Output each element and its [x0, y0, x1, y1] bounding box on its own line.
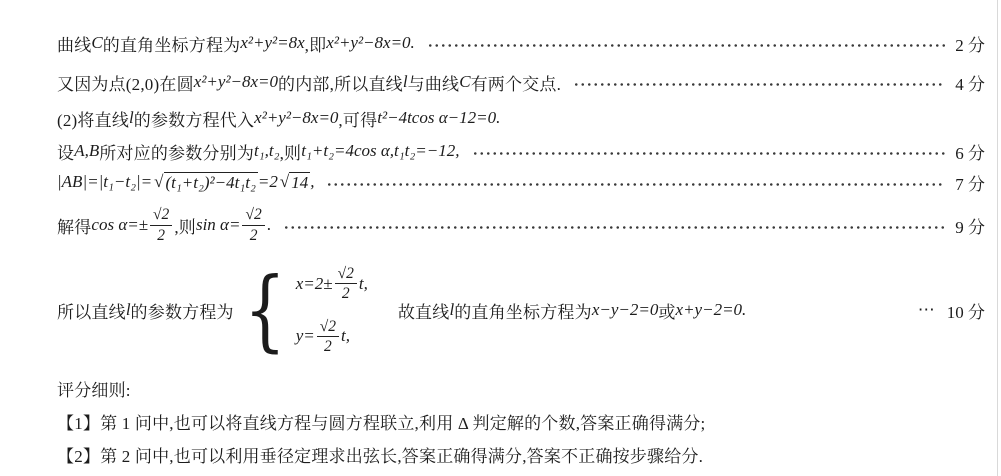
text-run: .: [267, 215, 271, 235]
math-run: x−y−2=0: [592, 300, 659, 320]
math-run: |AB|=|t₁−t₂|=: [57, 172, 152, 192]
text-run: 与曲线: [408, 70, 460, 95]
math-run: t,: [341, 326, 350, 346]
math-run: t₁+t₂=4cos α,t₁t₂=−12,: [301, 141, 459, 161]
math-run: t²−4tcos α−12=0.: [377, 108, 500, 128]
sqrt-sign: √: [152, 172, 163, 192]
text-run: 的参数方程代入: [134, 106, 254, 131]
math-run: x²+y²−8x=0.: [326, 33, 415, 53]
fraction: √2 2: [242, 206, 264, 243]
math-run: x²+y²−8x=0: [254, 108, 338, 128]
text-run: 有两个交点.: [471, 70, 561, 95]
dotted-leader: [573, 81, 945, 88]
math-run: x²+y²−8x=0: [194, 72, 278, 92]
math-run: y=: [296, 326, 315, 346]
text-run: 的直角坐标方程为: [103, 31, 241, 56]
text-run: 又因为点(2,0)在圆: [57, 70, 194, 95]
score-label: 7 分: [955, 170, 985, 195]
math-run: C: [459, 72, 470, 92]
text-run: ,可得: [338, 106, 377, 131]
solution-line-3: (2)将直线 l 的参数方程代入 x²+y²−8x=0 ,可得 t²−4tcos…: [57, 105, 985, 131]
parametric-equation-system: x=2± √2 2 t, y= √2 2 t,: [296, 265, 368, 354]
fraction-numerator: √2: [150, 206, 172, 225]
math-run: x=2±: [296, 274, 333, 294]
text-run: 设: [57, 139, 74, 164]
score-label: 9 分: [955, 213, 985, 238]
text-run: 故直线: [398, 298, 450, 323]
fraction: √2 2: [335, 265, 357, 302]
solution-line-1: 曲线 C 的直角坐标方程为 x²+y²=8x ,即 x²+y²−8x=0. 2 …: [57, 30, 985, 56]
math-run: A,B: [74, 141, 99, 161]
text-run: 或: [658, 298, 675, 323]
sqrt-radicand: (t₁+t₂)²−4t₁t₂: [164, 172, 258, 193]
score-label: 10 分: [947, 298, 985, 323]
text-run: 所以直线: [57, 298, 126, 323]
fraction-denominator: 2: [324, 337, 332, 355]
fraction: √2 2: [317, 318, 339, 355]
math-run: t₁,t₂: [254, 141, 280, 161]
fraction-numerator: √2: [317, 318, 339, 337]
system-left-brace: {: [244, 270, 286, 349]
solution-content: 曲线 C 的直角坐标方程为 x²+y²=8x ,即 x²+y²−8x=0. 2 …: [0, 0, 1001, 467]
sqrt-radicand: 14: [289, 172, 310, 193]
score-label: 6 分: [955, 139, 985, 164]
text-run: ,则: [280, 139, 302, 164]
dotted-leader: [283, 224, 945, 231]
page-right-border: [997, 0, 998, 476]
text-run: ,则: [174, 213, 196, 238]
text-run: 的直角坐标方程为: [454, 298, 592, 323]
solution-line-5: |AB|=|t₁−t₂|= √ (t₁+t₂)²−4t₁t₂ =2 √ 14 ,…: [57, 167, 985, 197]
dotted-leader: [472, 150, 946, 157]
math-run: ,: [310, 172, 314, 192]
rubric-item-1: 【1】第 1 问中,也可以将直线方程与圆方程联立,利用 Δ 判定解的个数,答案正…: [57, 409, 985, 434]
solution-line-4: 设 A,B 所对应的参数分别为 t₁,t₂ ,则 t₁+t₂=4cos α,t₁…: [57, 138, 985, 164]
solution-line-2: 又因为点(2,0)在圆 x²+y²−8x=0 的内部,所以直线 l 与曲线 C …: [57, 69, 985, 95]
fraction-denominator: 2: [250, 226, 258, 244]
rubric-title: 评分细则:: [57, 376, 131, 401]
math-run: sin α=: [196, 215, 240, 235]
math-run: =2: [258, 172, 278, 192]
rubric-item-2: 【2】第 2 问中,也可以利用垂径定理求出弦长,答案正确得满分,答案不正确按步骤…: [57, 442, 985, 467]
document-page: 曲线 C 的直角坐标方程为 x²+y²=8x ,即 x²+y²−8x=0. 2 …: [0, 0, 1001, 476]
math-run: C: [91, 33, 102, 53]
text-run: 曲线: [57, 31, 91, 56]
rubric-item-text: 【2】第 2 问中,也可以利用垂径定理求出弦长,答案正确得满分,答案不正确按步骤…: [57, 442, 703, 467]
short-dotted-leader: ⋯: [918, 300, 937, 320]
dotted-leader: [427, 42, 945, 49]
dotted-leader: [326, 181, 945, 188]
score-label: 2 分: [955, 31, 985, 56]
fraction-numerator: √2: [242, 206, 264, 225]
rubric-item-text: 【1】第 1 问中,也可以将直线方程与圆方程联立,利用 Δ 判定解的个数,答案正…: [57, 409, 705, 434]
math-run: cos α=±: [91, 215, 148, 235]
solution-line-6: 解得 cos α=± √2 2 ,则 sin α= √2 2 . 9 分: [57, 202, 985, 248]
text-run: 解得: [57, 213, 91, 238]
rubric-title-line: 评分细则:: [57, 376, 985, 401]
equation-row: x=2± √2 2 t,: [296, 265, 368, 302]
text-run: 所对应的参数分别为: [99, 139, 254, 164]
math-run: t,: [359, 274, 368, 294]
score-label: 4 分: [955, 70, 985, 95]
fraction: √2 2: [150, 206, 172, 243]
math-run: x²+y²=8x: [240, 33, 304, 53]
fraction-denominator: 2: [157, 226, 165, 244]
fraction-denominator: 2: [342, 284, 350, 302]
text-run: ,即: [305, 31, 327, 56]
text-run: 的参数方程为: [131, 298, 234, 323]
equation-row: y= √2 2 t,: [296, 318, 368, 355]
sqrt-sign: √: [278, 172, 289, 192]
text-run: (2)将直线: [57, 106, 129, 131]
solution-line-7: 所以直线 l 的参数方程为 { x=2± √2 2 t, y= √2: [57, 258, 985, 362]
math-run: x+y−2=0.: [676, 300, 747, 320]
text-run: 的内部,所以直线: [278, 70, 403, 95]
fraction-numerator: √2: [335, 265, 357, 284]
